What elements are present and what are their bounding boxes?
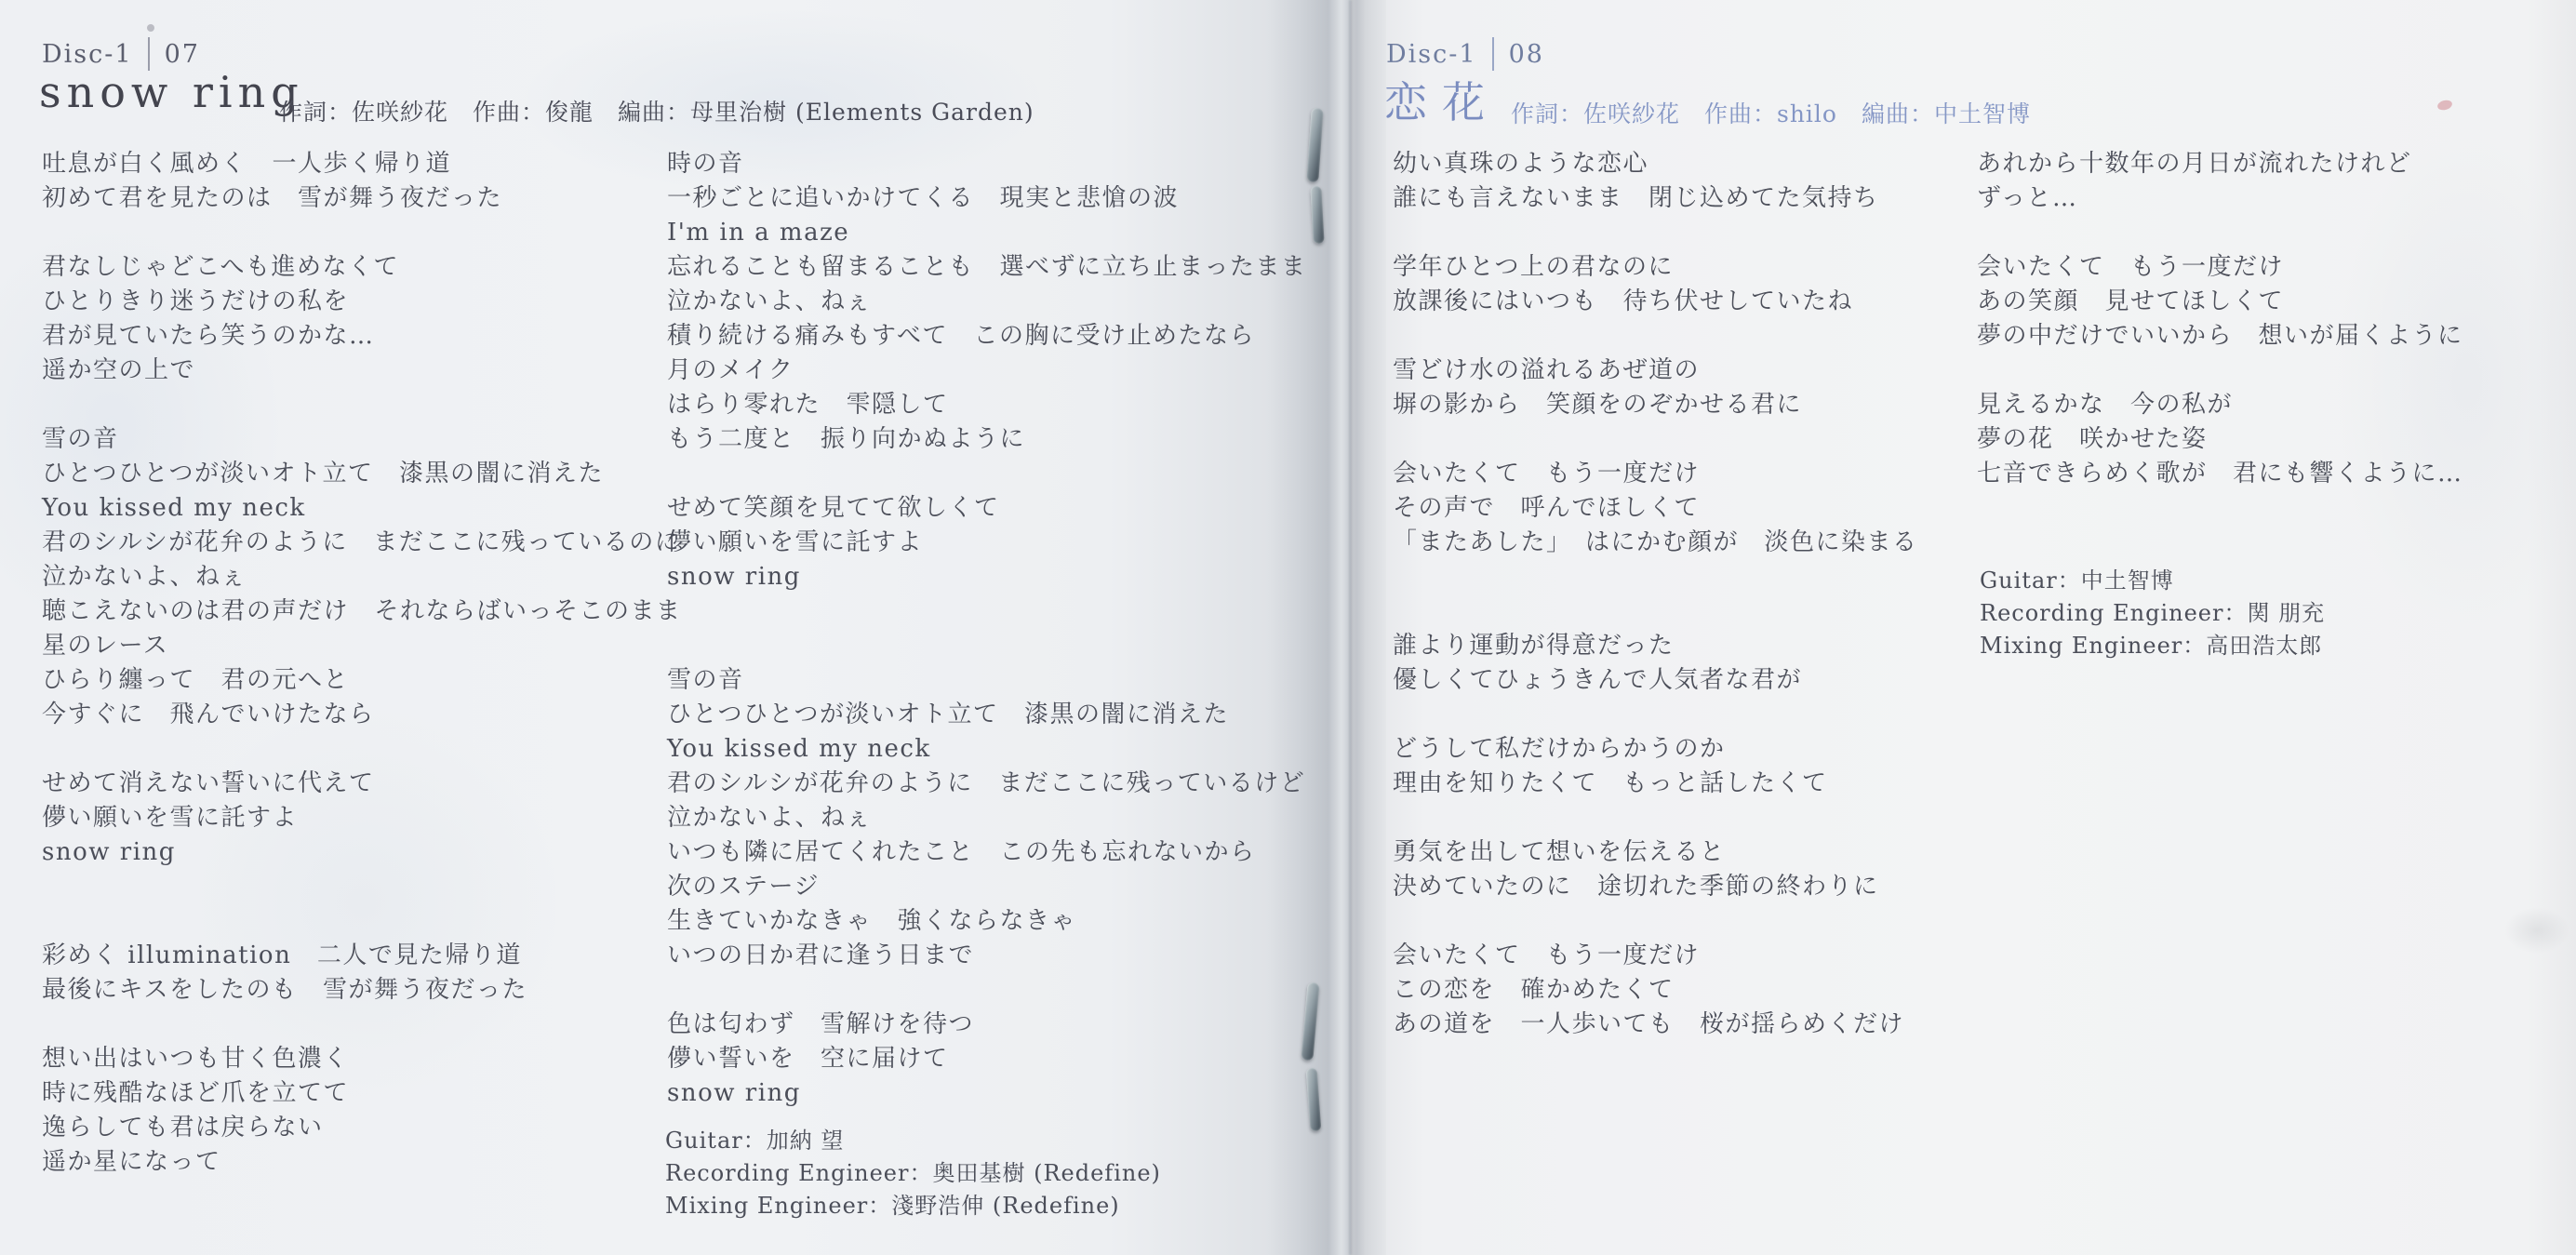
page-right: Disc-1 08 恋花 作詞：佐咲紗花 作曲：shilo 編曲：中土智博 幼い…	[1351, 0, 2576, 1255]
lyric-line	[667, 457, 1307, 491]
lyric-line: 時の音	[667, 147, 1307, 181]
lyric-line: You kissed my neck	[42, 491, 682, 526]
lyric-line: 儚い願いを雪に託すよ	[667, 526, 1307, 560]
lyric-line: この恋を 確かめたくて	[1393, 973, 1918, 1008]
lyric-line: 今すぐに 飛んでいけたなら	[42, 698, 682, 732]
lyric-line	[1393, 904, 1918, 939]
lyric-line: snow ring	[667, 1076, 1307, 1111]
scan-smudge	[2436, 99, 2453, 112]
lyric-line: ひとりきり迷うだけの私を	[42, 285, 682, 319]
lyric-line: Guitar：中土智博	[1980, 565, 2325, 597]
lyric-line: ずっと…	[1977, 181, 2463, 216]
lyric-line: 塀の影から 笑顔をのぞかせる君に	[1393, 388, 1918, 422]
lyric-line	[1393, 698, 1918, 732]
lyric-line: 会いたくて もう一度だけ	[1977, 250, 2463, 285]
staff-credits-left: Guitar：加納 望Recording Engineer：奥田基樹 (Rede…	[665, 1125, 1161, 1222]
lyric-line	[1393, 422, 1918, 457]
lyric-line: 泣かないよ、ねぇ	[42, 560, 682, 594]
lyric-line	[42, 1008, 682, 1042]
lyric-line: Mixing Engineer：淺野浩伸 (Redefine)	[665, 1190, 1161, 1222]
lyric-line: 想い出はいつも甘く色濃く	[42, 1042, 682, 1076]
lyric-line: いつも隣に居てくれたこと この先も忘れないから	[667, 835, 1307, 870]
lyric-line	[1393, 560, 1918, 594]
lyric-line: あれから十数年の月日が流れたけれど	[1977, 147, 2463, 181]
lyric-line: 君が見ていたら笑うのかな…	[42, 319, 682, 354]
lyric-line: 時に残酷なほど爪を立てて	[42, 1076, 682, 1111]
lyric-line: 最後にキスをしたのも 雪が舞う夜だった	[42, 973, 682, 1008]
lyric-line	[1393, 319, 1918, 354]
lyric-line: snow ring	[667, 560, 1307, 594]
lyrics-left-column-1: 吐息が白く風めく 一人歩く帰り道初めて君を見たのは 雪が舞う夜だった 君なしじゃ…	[42, 147, 682, 1180]
lyrics-right-column-1: 幼い真珠のような恋心誰にも言えないまま 閉じ込めてた気持ち 学年ひとつ上の君なの…	[1393, 147, 1918, 1042]
lyric-line: 遥か星になって	[42, 1145, 682, 1180]
lyric-line: 見えるかな 今の私が	[1977, 388, 2463, 422]
lyric-line: 学年ひとつ上の君なのに	[1393, 250, 1918, 285]
lyric-line	[42, 732, 682, 767]
lyric-line: その声で 呼んでほしくて	[1393, 491, 1918, 526]
lyric-line: 生きていかなきゃ 強くならなきゃ	[667, 904, 1307, 939]
lyric-line	[1393, 216, 1918, 250]
track-number: 07	[165, 40, 200, 69]
lyric-line: 君なしじゃどこへも進めなくて	[42, 250, 682, 285]
lyric-line: Recording Engineer：奥田基樹 (Redefine)	[665, 1157, 1161, 1190]
lyric-line: 夢の花 咲かせた姿	[1977, 422, 2463, 457]
header-divider	[1492, 37, 1494, 71]
lyric-line: 「またあした」 はにかむ顔が 淡色に染まる	[1393, 526, 1918, 560]
lyric-line: 遥か空の上で	[42, 354, 682, 388]
lyric-line: 会いたくて もう一度だけ	[1393, 939, 1918, 973]
lyric-line: 会いたくて もう一度だけ	[1393, 457, 1918, 491]
song-credits-snow-ring: 作詞：佐咲紗花 作曲：俊龍 編曲：母里治樹 (Elements Garden)	[279, 94, 1034, 127]
lyric-line: いつの日か君に逢う日まで	[667, 939, 1307, 973]
lyric-line	[1393, 801, 1918, 835]
lyric-line: You kissed my neck	[667, 732, 1307, 767]
page-right-header: Disc-1 08	[1386, 37, 1544, 71]
lyric-line: 聴こえないのは君の声だけ それならばいっそこのまま	[42, 594, 682, 629]
lyric-line	[667, 594, 1307, 629]
lyric-line	[42, 388, 682, 422]
lyric-line: 月のメイク	[667, 354, 1307, 388]
song-credits-koibana: 作詞：佐咲紗花 作曲：shilo 編曲：中土智博	[1511, 96, 2031, 129]
lyric-line: せめて笑顔を見てて欲しくて	[667, 491, 1307, 526]
lyric-line	[42, 870, 682, 904]
lyric-line: 吐息が白く風めく 一人歩く帰り道	[42, 147, 682, 181]
lyric-line: せめて消えない誓いに代えて	[42, 767, 682, 801]
lyric-line: 放課後にはいつも 待ち伏せしていたね	[1393, 285, 1918, 319]
lyric-line	[1393, 594, 1918, 629]
lyric-line	[42, 216, 682, 250]
lyric-line: 君のシルシが花弁のように まだここに残っているけど	[667, 767, 1307, 801]
lyric-line: Recording Engineer：関 朋充	[1980, 597, 2325, 630]
lyric-line: 理由を知りたくて もっと話したくて	[1393, 767, 1918, 801]
lyric-line	[42, 904, 682, 939]
page-left-header: Disc-1 07	[42, 37, 200, 71]
lyric-line: 夢の中だけでいいから 想いが届くように	[1977, 319, 2463, 354]
lyric-line	[667, 973, 1307, 1008]
lyric-line: 雪の音	[42, 422, 682, 457]
lyric-line: 誰より運動が得意だった	[1393, 629, 1918, 663]
page-left: Disc-1 07 snow ring 作詞：佐咲紗花 作曲：俊龍 編曲：母里治…	[0, 0, 1351, 1255]
lyric-line: Guitar：加納 望	[665, 1125, 1161, 1157]
lyric-line: 優しくてひょうきんで人気者な君が	[1393, 663, 1918, 698]
lyric-line: 初めて君を見たのは 雪が舞う夜だった	[42, 181, 682, 216]
lyric-line: 泣かないよ、ねぇ	[667, 285, 1307, 319]
lyric-line: 君のシルシが花弁のように まだここに残っているのに	[42, 526, 682, 560]
lyric-line: 一秒ごとに追いかけてくる 現実と悲愴の波	[667, 181, 1307, 216]
lyric-line: 逸らしても君は戻らない	[42, 1111, 682, 1145]
lyric-line: snow ring	[42, 835, 682, 870]
lyric-line: 誰にも言えないまま 閉じ込めてた気持ち	[1393, 181, 1918, 216]
lyric-line: 雪どけ水の溢れるあぜ道の	[1393, 354, 1918, 388]
lyric-line: 色は匂わず 雪解けを待つ	[667, 1008, 1307, 1042]
lyric-line: 泣かないよ、ねぇ	[667, 801, 1307, 835]
lyric-line: あの笑顔 見せてほしくて	[1977, 285, 2463, 319]
lyrics-left-column-2: 時の音一秒ごとに追いかけてくる 現実と悲愴の波I'm in a maze忘れるこ…	[667, 147, 1307, 1111]
lyric-line: ひらり纏って 君の元へと	[42, 663, 682, 698]
lyric-line: 星のレース	[42, 629, 682, 663]
scan-smudge	[2504, 907, 2569, 954]
lyric-line: はらり零れた 雫隠して	[667, 388, 1307, 422]
song-title-snow-ring: snow ring	[39, 67, 304, 117]
lyric-line: 決めていたのに 途切れた季節の終わりに	[1393, 870, 1918, 904]
header-divider	[148, 37, 150, 71]
lyric-line: あの道を 一人歩いても 桜が揺らめくだけ	[1393, 1008, 1918, 1042]
lyrics-right-column-2: あれから十数年の月日が流れたけれどずっと… 会いたくて もう一度だけあの笑顔 見…	[1977, 147, 2463, 491]
lyric-line	[1977, 216, 2463, 250]
lyric-line: どうして私だけからかうのか	[1393, 732, 1918, 767]
cd-booklet-lyrics-spread: Disc-1 07 snow ring 作詞：佐咲紗花 作曲：俊龍 編曲：母里治…	[0, 0, 2576, 1255]
disc-label: Disc-1	[1386, 40, 1477, 69]
lyric-line: I'm in a maze	[667, 216, 1307, 250]
scan-speck	[147, 24, 154, 32]
track-number: 08	[1509, 40, 1544, 69]
lyric-line	[667, 629, 1307, 663]
lyric-line: 勇気を出して想いを伝えると	[1393, 835, 1918, 870]
staff-credits-right: Guitar：中土智博Recording Engineer：関 朋充Mixing…	[1980, 565, 2325, 662]
lyric-line: 儚い願いを雪に託すよ	[42, 801, 682, 835]
lyric-line	[1977, 354, 2463, 388]
lyric-line: 彩めく illumination 二人で見た帰り道	[42, 939, 682, 973]
lyric-line: もう二度と 振り向かぬように	[667, 422, 1307, 457]
song-title-koibana: 恋花	[1384, 69, 1500, 130]
lyric-line: 雪の音	[667, 663, 1307, 698]
lyric-line: 忘れることも留まることも 選べずに立ち止まったまま	[667, 250, 1307, 285]
lyric-line: ひとつひとつが淡いオト立て 漆黒の闇に消えた	[667, 698, 1307, 732]
lyric-line: 儚い誓いを 空に届けて	[667, 1042, 1307, 1076]
lyric-line: 幼い真珠のような恋心	[1393, 147, 1918, 181]
lyric-line: 積り続ける痛みもすべて この胸に受け止めたなら	[667, 319, 1307, 354]
lyric-line: Mixing Engineer：高田浩太郎	[1980, 630, 2325, 662]
lyric-line: 七音できらめく歌が 君にも響くように…	[1977, 457, 2463, 491]
lyric-line: ひとつひとつが淡いオト立て 漆黒の闇に消えた	[42, 457, 682, 491]
disc-label: Disc-1	[42, 40, 133, 69]
lyric-line: 次のステージ	[667, 870, 1307, 904]
